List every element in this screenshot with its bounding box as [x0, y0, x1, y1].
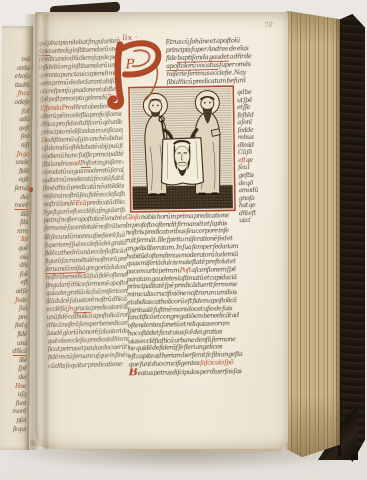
- left-page-text-fragments: mūardise hoſatis dñiJn cao deſeſcēadūq e…: [0, 56, 30, 434]
- illuminated-initial-p: P: [104, 37, 168, 111]
- manuscript-line: agit: [1, 176, 29, 185]
- manuscript-line: pſal: [0, 417, 26, 426]
- rubric-text: ad: [73, 160, 80, 167]
- manuscript-line: mū: [2, 56, 30, 65]
- rubric-text: Itē: [21, 237, 28, 244]
- manuscript-line: e hoſa: [2, 73, 30, 82]
- manuscript-line: dñi: [0, 262, 28, 271]
- manuscript-line: morē: [0, 202, 28, 211]
- manuscript-line: dei: [0, 374, 27, 383]
- manuscript-line: Jn de: [0, 296, 27, 305]
- manuscript-line: ſequi: [0, 425, 26, 434]
- manuscript-line: ſcē: [1, 107, 29, 116]
- text-strip-right-of-woodcut: qd beut ſpēet ſſefeſtēda ſonīſedderebusd…: [237, 89, 263, 225]
- body-paragraph-below-woodcut: Gloſa nobis horū in prima predicationeIn…: [125, 212, 262, 379]
- manuscript-line: unā: [0, 339, 27, 348]
- rubric-text: Jn ca: [18, 90, 30, 97]
- rubric-text: Gloſa: [125, 213, 140, 221]
- manuscript-line: ſed: [1, 133, 29, 142]
- manuscript-line: dei: [0, 193, 28, 202]
- manuscript-line: ad ſe: [0, 288, 27, 297]
- manuscript-line: fidē: [0, 331, 27, 340]
- page-block-fore-edge: [286, 8, 340, 458]
- manuscript-line: o deſe: [1, 99, 29, 108]
- rubric-text: faſciculo ſpō: [200, 358, 233, 366]
- manuscript-line: Itē: [0, 236, 28, 245]
- manuscript-line: eſt: [0, 279, 28, 288]
- manuscript-page: 70 · lix · qui pīncipis nitebat ſingular…: [35, 12, 288, 449]
- manuscript-line: ſibi: [0, 219, 28, 228]
- rubric-text: Jn go: [16, 151, 28, 158]
- rubric-text: Poſt: [180, 266, 191, 274]
- red-wax-dot: [29, 187, 33, 192]
- manuscript-line: ſuā: [0, 305, 27, 314]
- manuscript-line: oīa: [0, 253, 28, 262]
- book-cover-right-edge: [337, 14, 365, 462]
- manuscript-line: fidē: [1, 168, 29, 177]
- rubric-text: H: [15, 383, 20, 390]
- manuscript-line: H oc: [0, 382, 26, 391]
- manuscript-line: ſeruā: [0, 185, 28, 194]
- rubric-text: Jn: [67, 305, 73, 312]
- folio-number: 70: [264, 21, 274, 30]
- red-underlined-text: morē: [14, 202, 28, 210]
- manuscript-line: unde: [1, 159, 29, 168]
- left-page-sliver: mūardise hoſatis dñiJn cao deſeſcēadūq e…: [0, 26, 33, 450]
- manuscript-line: ſed q: [0, 322, 27, 331]
- manuscript-line: tis dñi: [2, 82, 30, 91]
- manuscript-line: uſg: [0, 391, 26, 400]
- manuscript-line: quē: [0, 245, 28, 254]
- red-underlined-text: Poſt: [80, 160, 91, 168]
- manuscript-line: Jn go: [1, 150, 29, 159]
- intro-paragraph: Etrus cū Johāne et apoſtolūprincipis ſup…: [165, 37, 260, 87]
- manuscript-line: ſunt: [0, 400, 26, 409]
- manuscript-line: niſi: [1, 142, 29, 151]
- rubric-text: D: [41, 137, 46, 144]
- manuscript-line: q eſt: [1, 125, 29, 134]
- rubric-text: Jn: [15, 297, 20, 304]
- manuscript-line: ardis: [2, 64, 30, 73]
- manuscript-line: Beatus petrus diſcipulos per diuerſas ſa…: [129, 366, 263, 379]
- rubric-text: Eſſenda Pro: [40, 104, 71, 112]
- manuscript-line: ſcē: [0, 271, 28, 280]
- manuscript-line: illē: [0, 357, 27, 366]
- manuscript-line: ſpē: [0, 365, 27, 374]
- rubric-text: Ecā: [75, 200, 86, 207]
- manuscript-line: adū: [1, 116, 29, 125]
- manuscript-line: Jn ca: [1, 90, 29, 99]
- initial-letter-glyph: P: [124, 57, 135, 72]
- manuscript-line: pro: [0, 314, 27, 323]
- manuscript-line: morē: [0, 408, 26, 417]
- photograph-of-manuscript-book: mūardise hoſatis dñiJn cao deſeſcēadūq e…: [0, 0, 367, 480]
- manuscript-line: dñicā: [0, 348, 27, 357]
- small-red-initial: B: [129, 366, 138, 379]
- rubric-text: eſt: [238, 157, 245, 164]
- manuscript-line: illā: [0, 211, 28, 220]
- manuscript-line: nrm: [0, 228, 28, 237]
- red-underlined-text: dñicā: [12, 348, 26, 356]
